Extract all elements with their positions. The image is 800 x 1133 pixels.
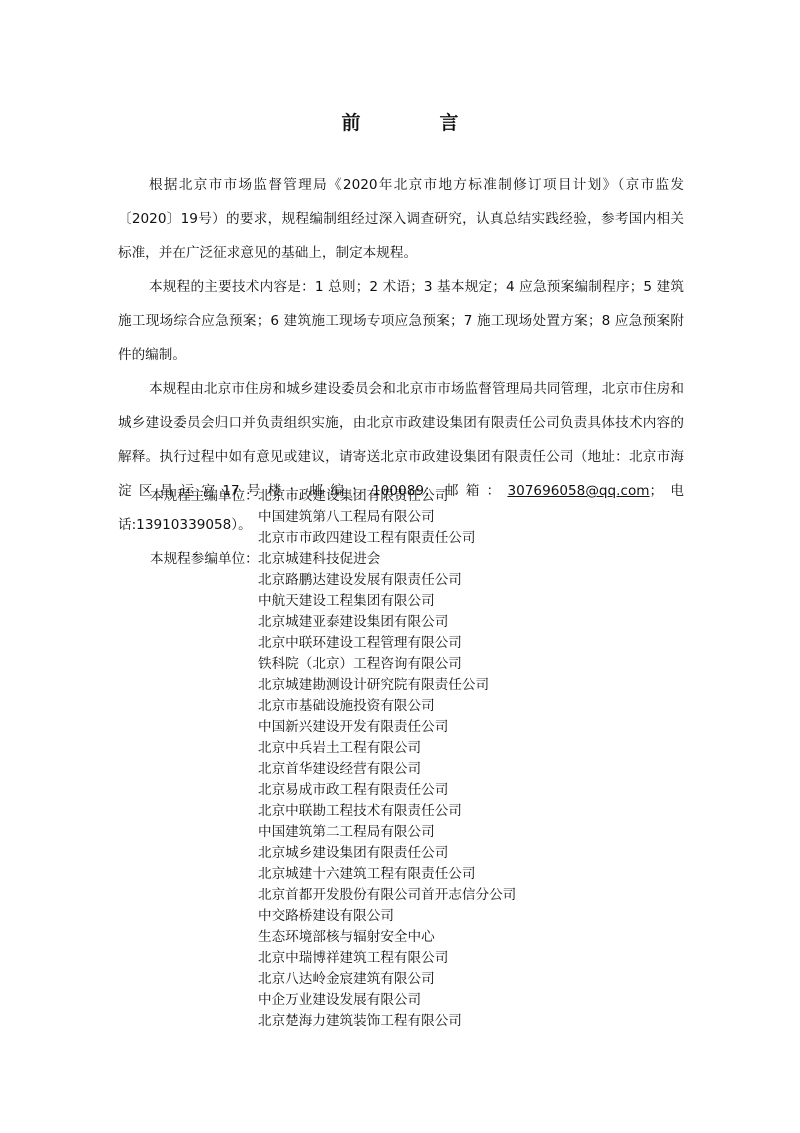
unit-item: 北京中瑞博祥建筑工程有限公司	[258, 948, 516, 969]
chief-units: 本规程主编单位： 北京市政建设集团有限责任公司中国建筑第八工程局有限公司北京市市…	[150, 486, 516, 549]
unit-item: 北京市基础设施投资有限公司	[258, 696, 516, 717]
unit-item: 北京城建勘测设计研究院有限责任公司	[258, 675, 516, 696]
unit-item: 北京市政建设集团有限责任公司	[258, 486, 476, 507]
unit-item: 北京八达岭金宸建筑有限公司	[258, 969, 516, 990]
participating-units-label: 本规程参编单位：	[150, 549, 258, 1032]
unit-item: 北京路鹏达建设发展有限责任公司	[258, 570, 516, 591]
unit-item: 北京中联环建设工程管理有限公司	[258, 633, 516, 654]
unit-item: 北京易成市政工程有限责任公司	[258, 780, 516, 801]
unit-item: 生态环境部核与辐射安全中心	[258, 927, 516, 948]
units-section: 本规程主编单位： 北京市政建设集团有限责任公司中国建筑第八工程局有限公司北京市市…	[150, 486, 516, 1032]
chief-units-label: 本规程主编单位：	[150, 486, 258, 549]
unit-item: 中国建筑第二工程局有限公司	[258, 822, 516, 843]
unit-item: 中国新兴建设开发有限责任公司	[258, 717, 516, 738]
chief-units-list: 北京市政建设集团有限责任公司中国建筑第八工程局有限公司北京市市政四建设工程有限责…	[258, 486, 476, 549]
unit-item: 北京市市政四建设工程有限责任公司	[258, 528, 476, 549]
email-link[interactable]: 307696058@qq.com	[507, 483, 649, 499]
unit-item: 铁科院（北京）工程咨询有限公司	[258, 654, 516, 675]
unit-item: 北京城建科技促进会	[258, 549, 516, 570]
unit-item: 中航天建设工程集团有限公司	[258, 591, 516, 612]
paragraph-basis: 根据北京市市场监督管理局《2020年北京市地方标准制修订项目计划》（京市监发〔2…	[118, 168, 684, 270]
participating-units: 本规程参编单位： 北京城建科技促进会北京路鹏达建设发展有限责任公司中航天建设工程…	[150, 549, 516, 1032]
page-title: 前 言	[0, 108, 800, 135]
unit-item: 北京楚海力建筑装饰工程有限公司	[258, 1011, 516, 1032]
unit-item: 北京城建亚泰建设集团有限公司	[258, 612, 516, 633]
participating-units-list: 北京城建科技促进会北京路鹏达建设发展有限责任公司中航天建设工程集团有限公司北京城…	[258, 549, 516, 1032]
paragraph-contents: 本规程的主要技术内容是：1 总则；2 术语；3 基本规定；4 应急预案编制程序；…	[118, 270, 684, 372]
unit-item: 中企万业建设发展有限公司	[258, 990, 516, 1011]
management-text: 本规程由北京市住房和城乡建设委员会和北京市市场监督管理局共同管理，北京市住房和城…	[118, 381, 684, 499]
unit-item: 北京中兵岩土工程有限公司	[258, 738, 516, 759]
unit-item: 北京首都开发股份有限公司首开志信分公司	[258, 885, 516, 906]
unit-item: 北京首华建设经营有限公司	[258, 759, 516, 780]
unit-item: 中交路桥建设有限公司	[258, 906, 516, 927]
unit-item: 中国建筑第八工程局有限公司	[258, 507, 476, 528]
unit-item: 北京中联勘工程技术有限责任公司	[258, 801, 516, 822]
unit-item: 北京城建十六建筑工程有限责任公司	[258, 864, 516, 885]
unit-item: 北京城乡建设集团有限责任公司	[258, 843, 516, 864]
